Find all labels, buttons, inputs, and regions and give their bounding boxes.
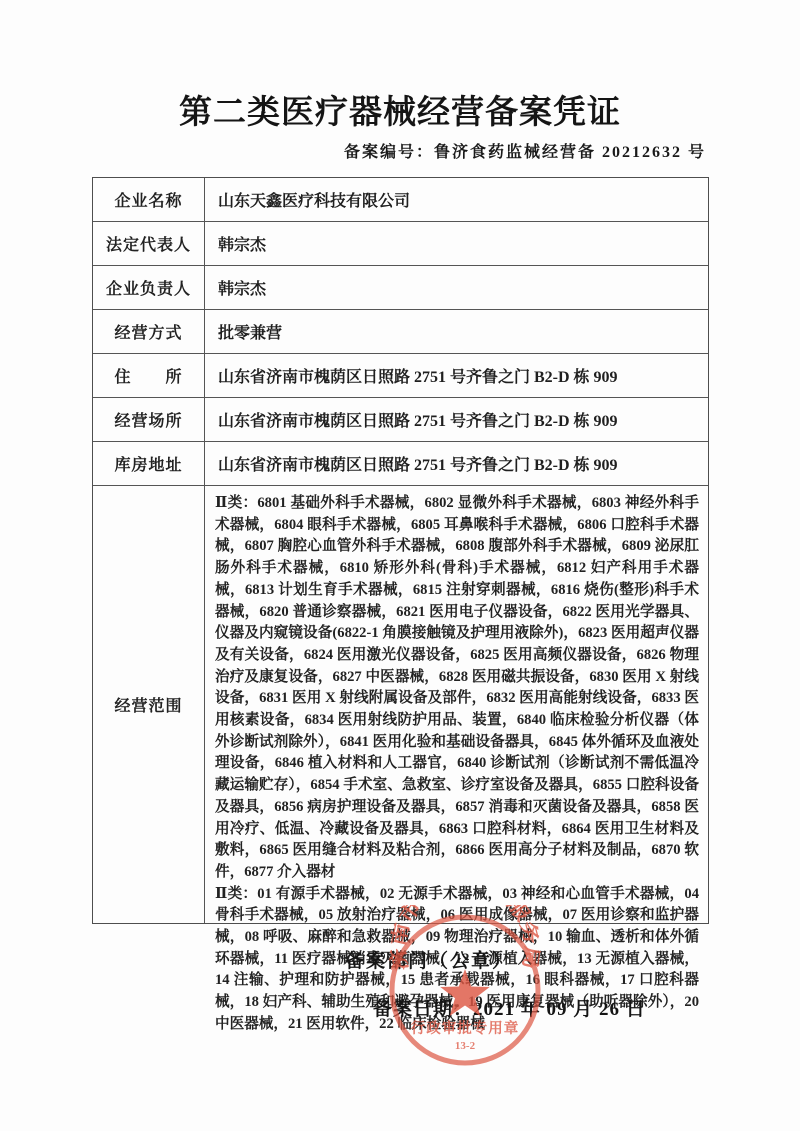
stamp-code: 13-2 <box>455 1040 476 1052</box>
row-label: 经营方式 <box>93 310 205 353</box>
row-label: 法定代表人 <box>93 222 205 265</box>
row-label: 住 所 <box>93 354 205 397</box>
row-value: 韩宗杰 <box>205 222 708 265</box>
table-row: 企业名称 山东天鑫医疗科技有限公司 <box>93 178 708 222</box>
filing-department-line: 备案部门（公章） <box>345 946 513 973</box>
table-row: 经营场所 山东省济南市槐荫区日照路 2751 号齐鲁之门 B2-D 栋 909 <box>93 398 708 442</box>
table-row: 企业负责人 韩宗杰 <box>93 266 708 310</box>
row-label: 企业名称 <box>93 178 205 221</box>
row-value: 韩宗杰 <box>205 266 708 309</box>
row-value: 山东省济南市槐荫区日照路 2751 号齐鲁之门 B2-D 栋 909 <box>205 354 708 397</box>
row-value: 山东天鑫医疗科技有限公司 <box>205 178 708 221</box>
table-row: 住 所 山东省济南市槐荫区日照路 2751 号齐鲁之门 B2-D 栋 909 <box>93 354 708 398</box>
filing-number: 备案编号：鲁济食药监械经营备 20212632 号 <box>344 139 706 162</box>
table-row-scope: 经营范围 Ⅱ类：6801 基础外科手术器械，6802 显微外科手术器械，6803… <box>93 486 708 923</box>
scope-cell: Ⅱ类：6801 基础外科手术器械，6802 显微外科手术器械，6803 神经外科… <box>205 486 708 923</box>
certificate-info-table: 企业名称 山东天鑫医疗科技有限公司 法定代表人 韩宗杰 企业负责人 韩宗杰 经营… <box>92 177 709 924</box>
filing-date-line: 备案日期：2021 年 09 月 26 日 <box>373 994 646 1021</box>
row-value: 山东省济南市槐荫区日照路 2751 号齐鲁之门 B2-D 栋 909 <box>205 398 708 441</box>
table-row: 库房地址 山东省济南市槐荫区日照路 2751 号齐鲁之门 B2-D 栋 909 <box>93 442 708 486</box>
row-label: 经营场所 <box>93 398 205 441</box>
scope-part1: Ⅱ类：6801 基础外科手术器械，6802 显微外科手术器械，6803 神经外科… <box>215 493 699 884</box>
row-label: 经营范围 <box>93 486 205 923</box>
table-row: 经营方式 批零兼营 <box>93 310 708 354</box>
row-value: 山东省济南市槐荫区日照路 2751 号齐鲁之门 B2-D 栋 909 <box>205 442 708 485</box>
table-row: 法定代表人 韩宗杰 <box>93 222 708 266</box>
row-label: 库房地址 <box>93 442 205 485</box>
row-value: 批零兼营 <box>205 310 708 353</box>
page-title: 第二类医疗器械经营备案凭证 <box>0 86 800 133</box>
row-label: 企业负责人 <box>93 266 205 309</box>
